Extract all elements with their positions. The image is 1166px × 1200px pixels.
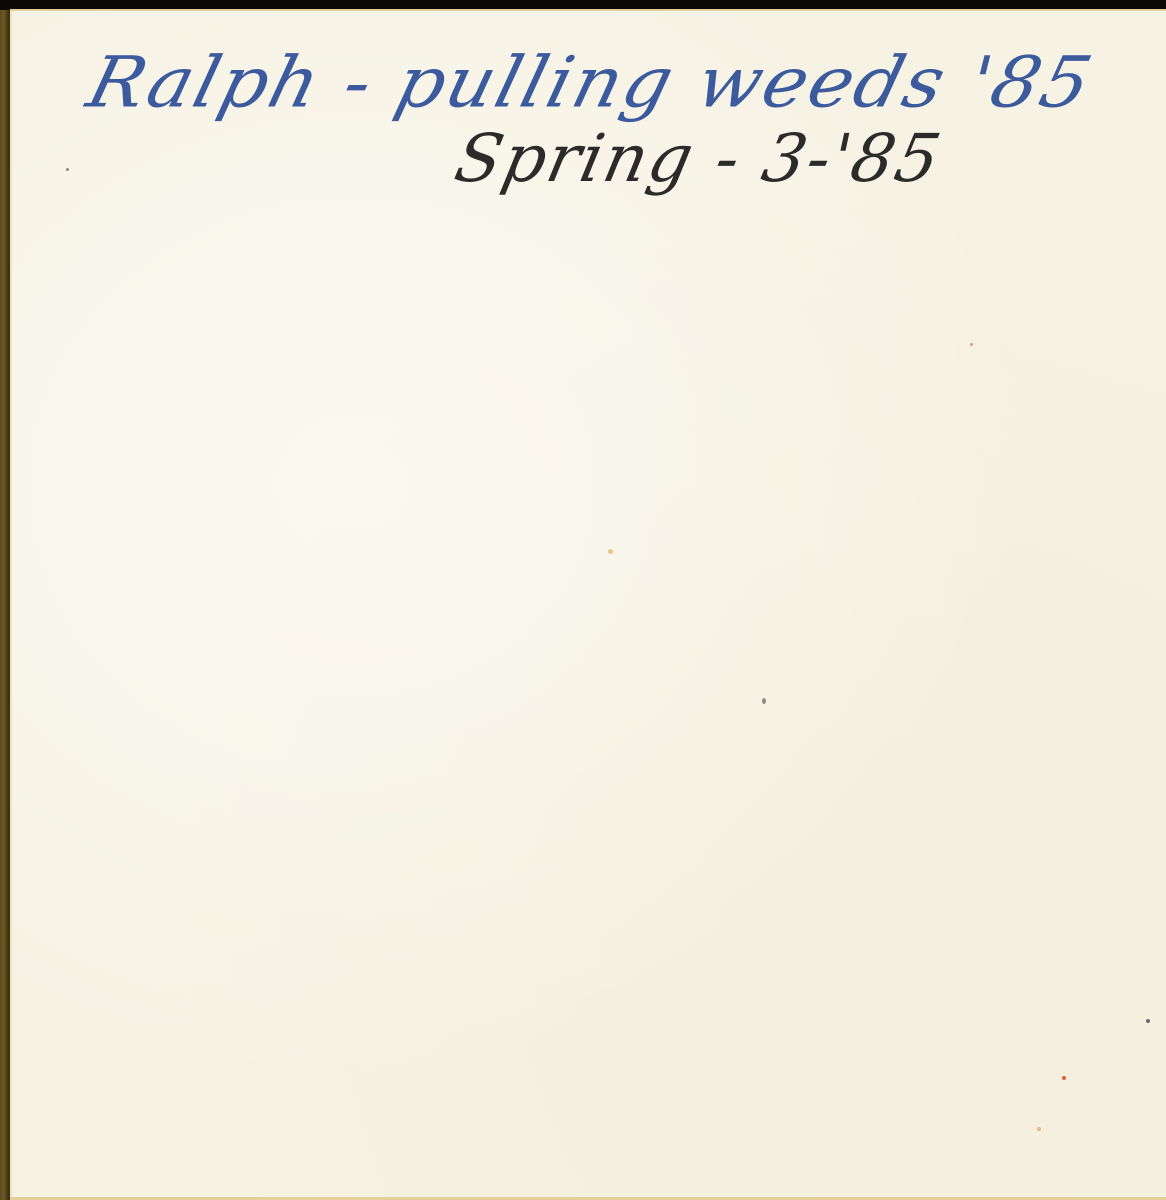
paper-speck (66, 168, 69, 171)
paper-speck (1146, 1019, 1150, 1023)
paper-speck (1062, 1076, 1066, 1080)
handwritten-caption-blue: Ralph - pulling weeds '85 (80, 42, 1102, 124)
paper-speck (970, 343, 973, 346)
paper-speck (762, 698, 766, 704)
handwritten-date-black: Spring - 3-'85 (449, 120, 949, 197)
paper-speck (608, 549, 613, 554)
paper-speck (1037, 1127, 1041, 1131)
